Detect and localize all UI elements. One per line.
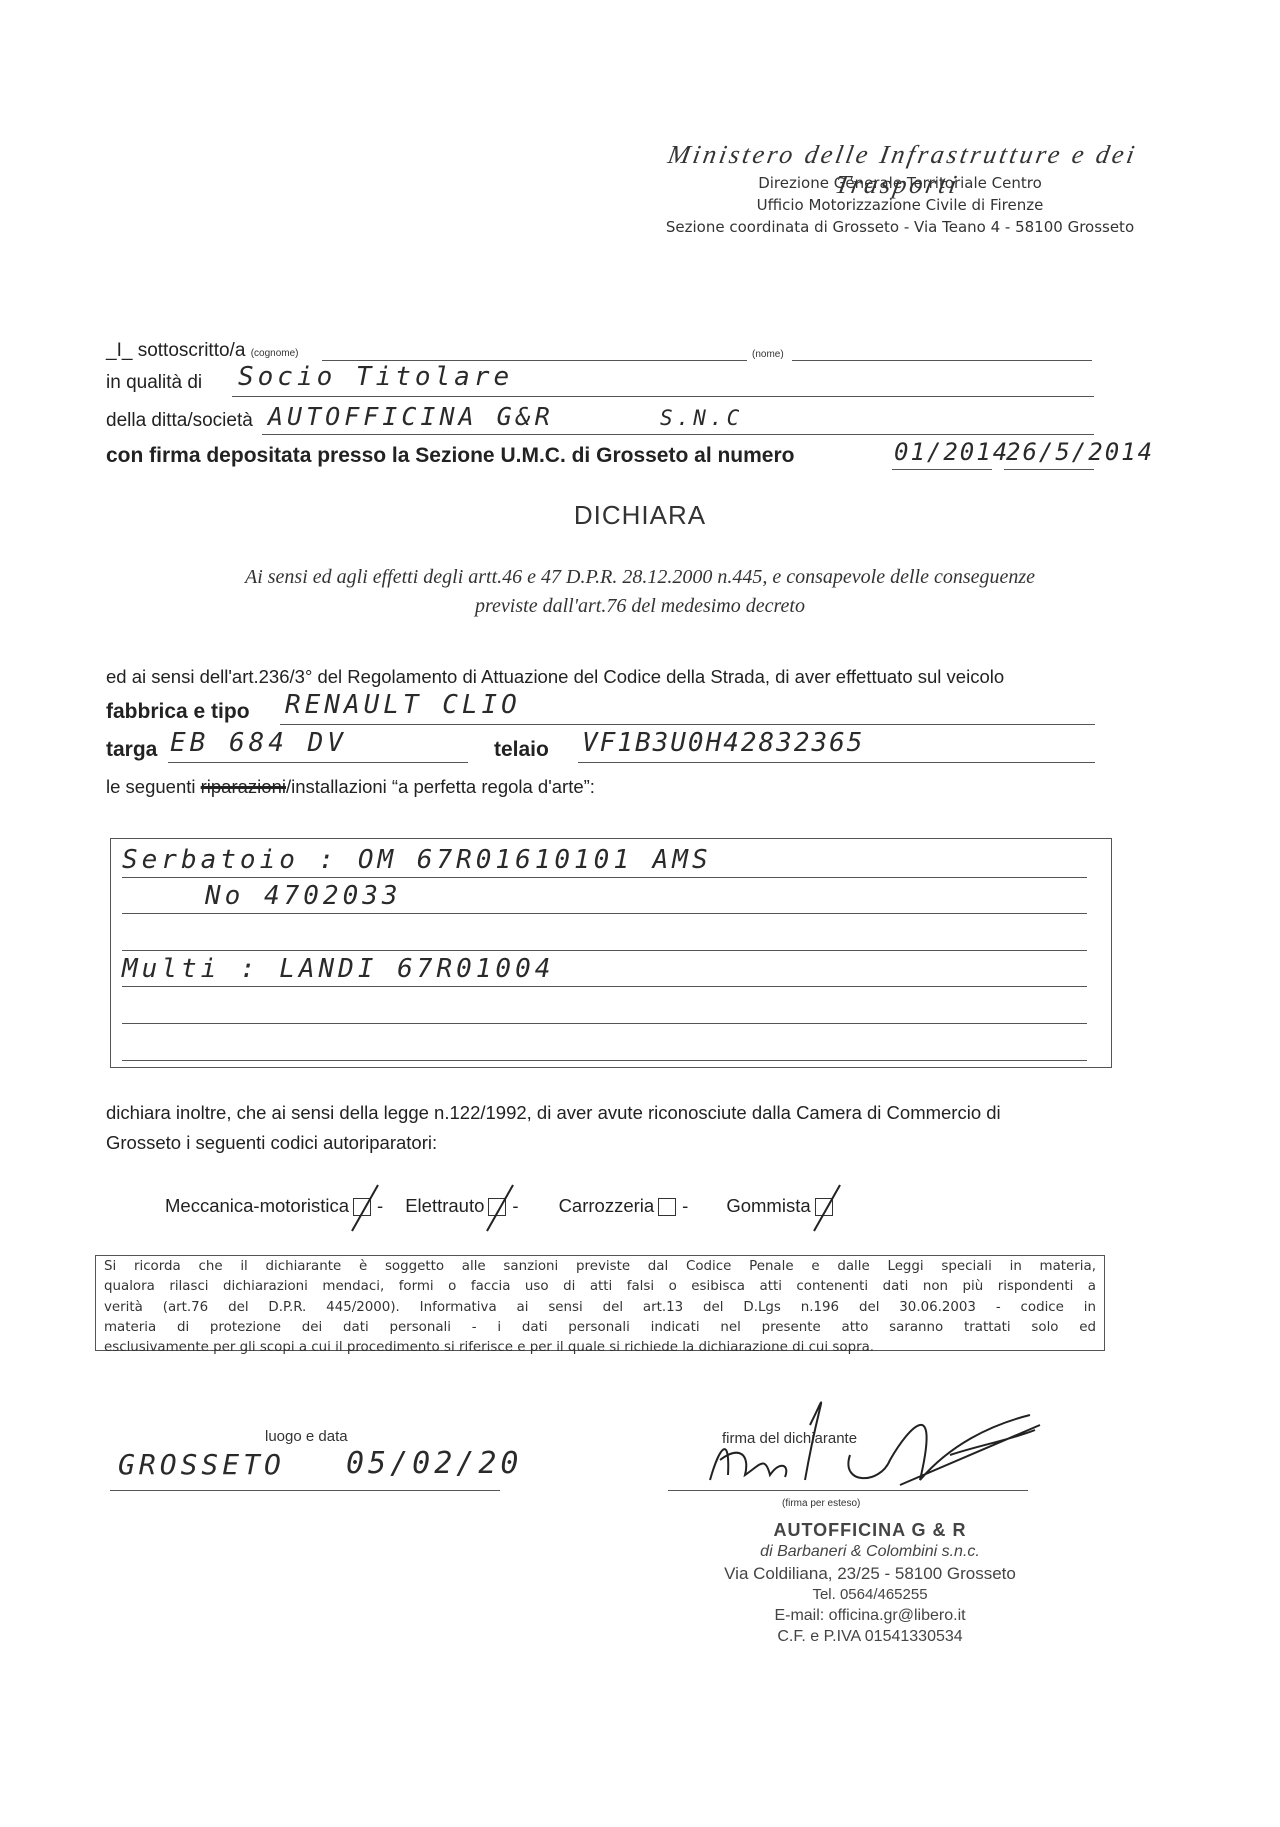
checkbox[interactable]	[488, 1198, 506, 1216]
targa-value: EB 684 DV	[170, 728, 347, 758]
header-line-2: Ufficio Motorizzazione Civile di Firenze	[600, 196, 1200, 214]
dichiara-paragraph-1: Ai sensi ed agli effetti degli artt.46 e…	[100, 566, 1180, 589]
check-mark-icon	[485, 1183, 515, 1233]
firma-label: con firma depositata presso la Sezione U…	[106, 444, 795, 468]
legal-notice: Si ricorda che il dichiarante è soggetto…	[95, 1255, 1105, 1351]
stamp-owners: di Barbaneri & Colombini s.n.c.	[660, 1543, 1080, 1561]
telaio-value: VF1B3U0H42832365	[582, 728, 864, 758]
codici-checkbox-row: Meccanica-motoristica-Elettrauto-Carrozz…	[165, 1195, 839, 1217]
qualita-value: Socio Titolare	[238, 362, 513, 392]
installation-line[interactable]	[122, 913, 1087, 914]
seguenti-text: le seguenti riparazioni/installazioni “a…	[106, 776, 595, 798]
check-mark-icon	[812, 1183, 842, 1233]
targa-field[interactable]	[168, 762, 468, 763]
cognome-label: (cognome)	[251, 348, 299, 359]
telaio-field[interactable]	[578, 762, 1095, 763]
qualita-label: in qualità di	[106, 372, 202, 394]
stamp-email: E-mail: officina.gr@libero.it	[660, 1607, 1080, 1625]
codici-intro-2: Grosseto i seguenti codici autoriparator…	[106, 1132, 437, 1154]
firma-sub-label: (firma per esteso)	[782, 1498, 860, 1509]
fabbrica-label: fabbrica e tipo	[106, 700, 250, 724]
dichiara-paragraph-2: previste dall'art.76 del medesimo decret…	[100, 595, 1180, 618]
struck-riparazioni: riparazioni	[201, 776, 286, 797]
installation-line[interactable]	[122, 986, 1087, 987]
codice-meccanica-motoristica: Meccanica-motoristica-	[165, 1195, 383, 1216]
sottoscritto-row: _I_ sottoscritto/a (cognome)	[106, 340, 299, 362]
art-text: ed ai sensi dell'art.236/3° del Regolame…	[106, 666, 1004, 688]
firma-data: 26/5/2014	[1006, 438, 1154, 466]
ditta-value: AUTOFFICINA G&R	[268, 402, 554, 431]
stamp-piva: C.F. e P.IVA 01541330534	[660, 1628, 1080, 1646]
nome-field[interactable]	[792, 360, 1092, 361]
stamp-tel: Tel. 0564/465255	[660, 1586, 1080, 1603]
header-line-3: Sezione coordinata di Grosseto - Via Tea…	[600, 218, 1200, 236]
header-line-1: Direzione Generale Territoriale Centro	[600, 174, 1200, 192]
signature-scribble	[690, 1385, 1050, 1505]
luogo-field[interactable]	[110, 1490, 500, 1491]
checkbox[interactable]	[658, 1198, 676, 1216]
fabbrica-field[interactable]	[280, 724, 1095, 725]
installation-line[interactable]	[122, 877, 1087, 878]
codice-gommista: Gommista	[726, 1195, 838, 1216]
installation-text: Serbatoio : OM 67R01610101 AMS	[122, 845, 712, 875]
dichiara-title: DICHIARA	[0, 500, 1280, 531]
installation-line[interactable]	[122, 1023, 1087, 1024]
firma-numero: 01/2014	[894, 438, 1009, 466]
ditta-suffix: S.N.C	[660, 406, 743, 430]
codice-carrozzeria: Carrozzeria-	[559, 1195, 689, 1216]
firma-numero-field[interactable]	[892, 469, 992, 470]
data-value: 05/02/20	[346, 1446, 523, 1481]
stamp-name: AUTOFFICINA G & R	[660, 1520, 1080, 1541]
sottoscritto-label: _I_ sottoscritto/a	[106, 340, 245, 361]
nome-label: (nome)	[752, 349, 784, 360]
fabbrica-value: RENAULT CLIO	[285, 690, 521, 720]
codice-elettrauto: Elettrauto-	[405, 1195, 518, 1216]
luogo-value: GROSSETO	[118, 1448, 285, 1481]
checkbox[interactable]	[353, 1198, 371, 1216]
ditta-field[interactable]	[262, 434, 1094, 435]
targa-label: targa	[106, 738, 157, 762]
check-mark-icon	[350, 1183, 380, 1233]
cognome-field[interactable]	[322, 360, 747, 361]
stamp-address: Via Coldiliana, 23/25 - 58100 Grosseto	[660, 1564, 1080, 1584]
qualita-field[interactable]	[232, 396, 1094, 397]
telaio-label: telaio	[494, 738, 549, 762]
installation-line[interactable]	[122, 1060, 1087, 1061]
installation-text: Multi : LANDI 67R01004	[122, 954, 554, 984]
luogo-label: luogo e data	[265, 1428, 348, 1445]
checkbox[interactable]	[815, 1198, 833, 1216]
ditta-label: della ditta/società	[106, 410, 253, 432]
codici-intro-1: dichiara inoltre, che ai sensi della leg…	[106, 1102, 1001, 1124]
firma-data-field[interactable]	[1004, 469, 1094, 470]
installation-line[interactable]	[122, 950, 1087, 951]
installation-text: No 4702033	[205, 881, 402, 911]
